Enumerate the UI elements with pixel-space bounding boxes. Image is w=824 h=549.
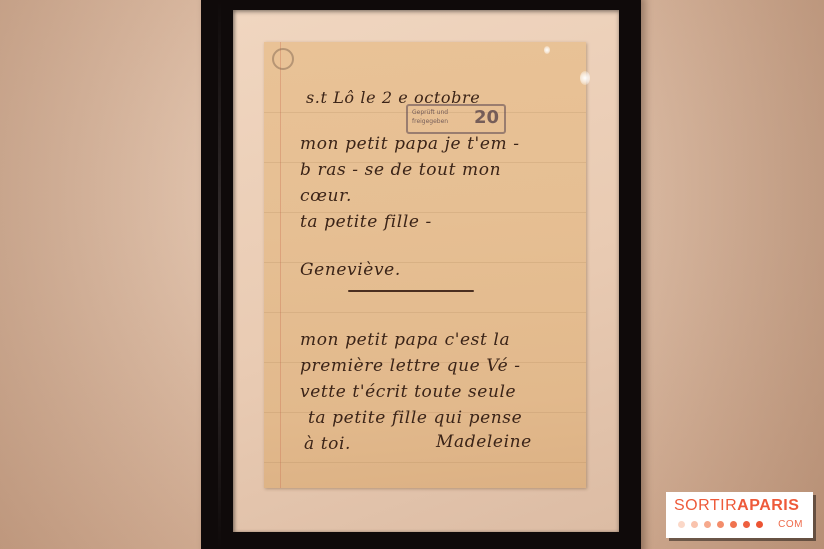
letter-line: ta petite fille qui pense [308,408,522,428]
letter-line: cœur. [300,186,352,206]
sortiraparis-watermark: SORTIRAPARIS COM [666,492,813,538]
watermark-dot [704,521,711,528]
paper-rule [264,462,586,463]
paper-margin-line [280,42,281,488]
stamp-text-line: freigegeben [412,117,466,126]
watermark-brand-light: SORTIR [674,497,737,514]
stamp-text-line: Geprüft und [412,108,466,117]
watermark-dot [756,521,763,528]
watermark-dot [730,521,737,528]
signature-genevieve: Geneviève. [300,260,401,280]
signature-madeleine: Madeleine [436,432,532,452]
stamp-text: Geprüft und freigegeben [412,108,466,126]
frame-reflection [218,0,221,549]
letter-line: b ras - se de tout mon [300,160,501,180]
glass-glare [580,71,590,85]
letter-line: mon petit papa je t'em - [300,134,520,154]
hole-punch-mark [272,48,294,70]
watermark-dots [678,521,763,528]
wall-shadow-left [0,0,200,549]
stamp-number: 20 [474,107,499,129]
watermark-dot [691,521,698,528]
watermark-dot [743,521,750,528]
watermark-brand-bold: APARIS [737,497,799,514]
letter-line: ta petite fille - [300,212,432,232]
censor-stamp: Geprüft und freigegeben 20 [406,104,506,134]
letter-line: mon petit papa c'est la [300,330,510,350]
watermark-dot [717,521,724,528]
watermark-dot [678,521,685,528]
letter-line: première lettre que Vé - [300,356,521,376]
wall-shadow-right [624,0,824,549]
signature-underline [348,290,474,292]
letter-line: vette t'écrit toute seule [300,382,516,402]
paper-rule [264,312,586,313]
letter-line: à toi. [304,434,351,454]
watermark-com: COM [778,519,803,530]
glass-glare [544,46,550,54]
letter-paper: s.t Lô le 2 e octobre Geprüft und freige… [264,42,586,488]
watermark-brand: SORTIRAPARIS [674,497,799,515]
